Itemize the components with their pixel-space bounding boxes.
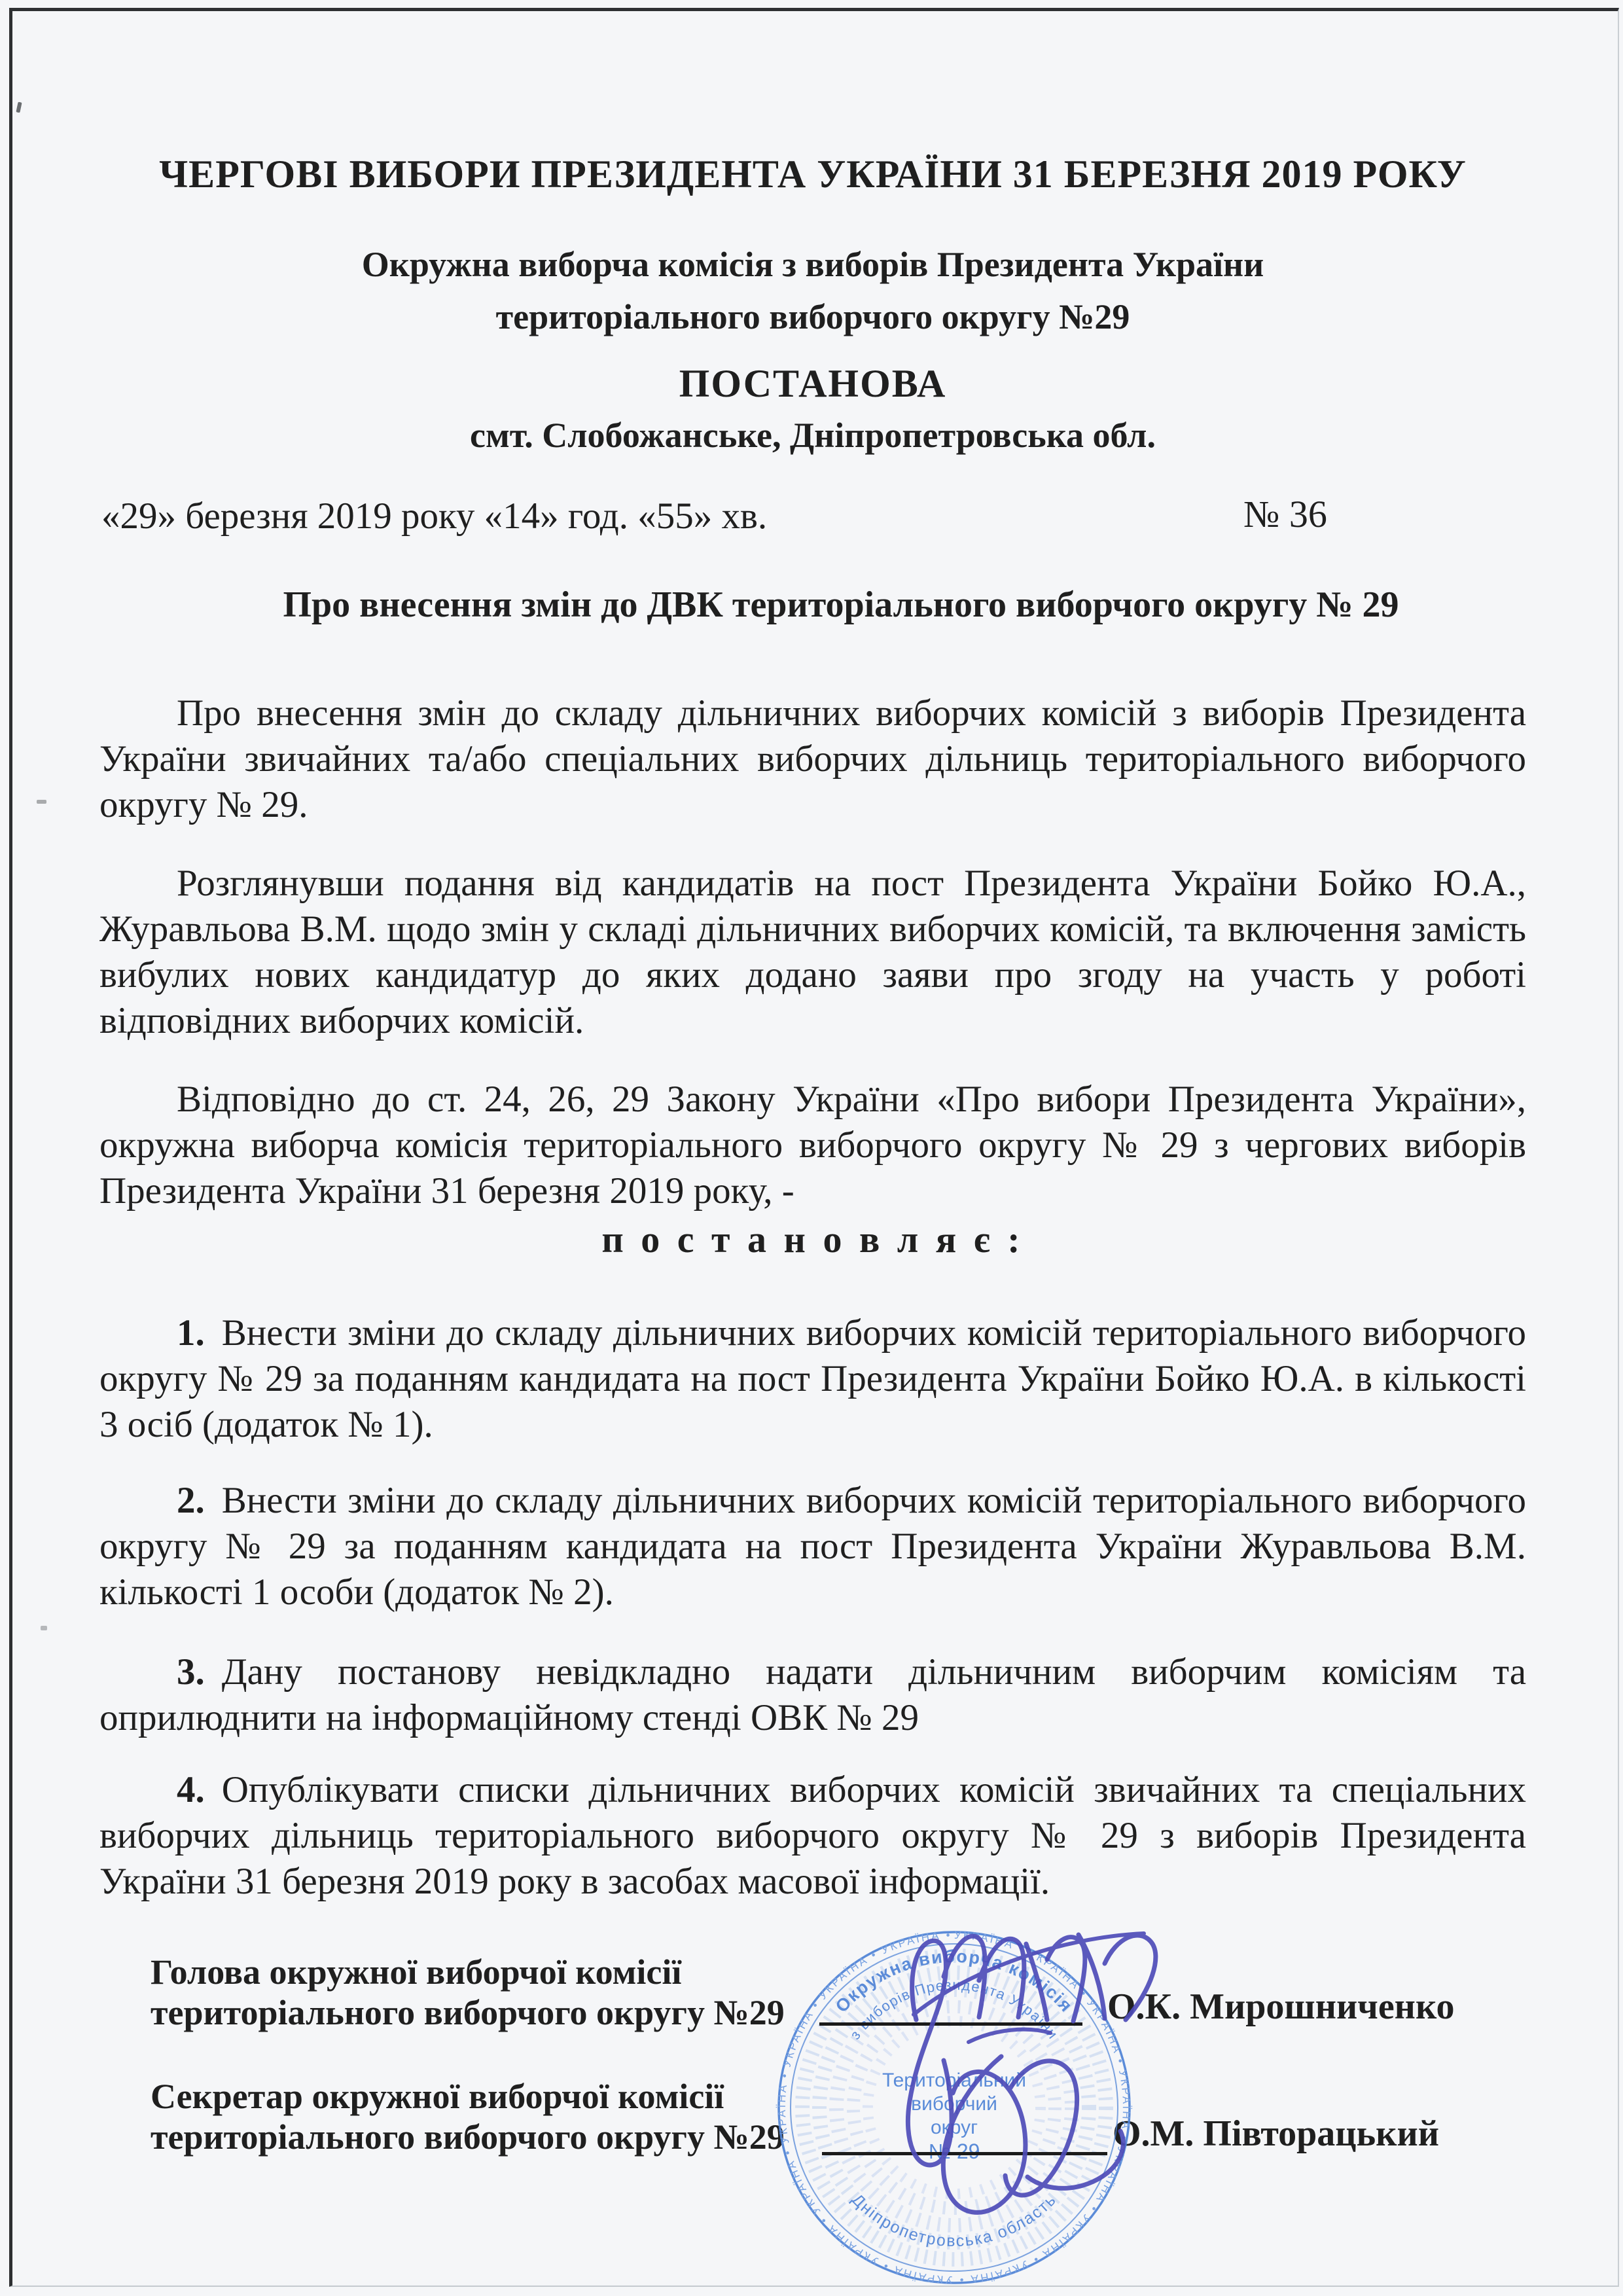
item-number: 2.	[177, 1480, 205, 1521]
signature-role-line: Голова окружної виборчої комісії	[151, 1952, 870, 1992]
svg-text:виборчий: виборчий	[911, 2093, 997, 2115]
item-number: 3.	[177, 1651, 205, 1693]
svg-text:Територіальний: Територіальний	[882, 2070, 1026, 2091]
scan-speck	[41, 1626, 47, 1630]
scan-speck	[16, 102, 22, 113]
signature-name-secretary: О.М. Півторацький	[1113, 2113, 1439, 2155]
resolution-item-4: 4.Опублікувати списки дільничних виборчи…	[99, 1767, 1526, 1905]
commission-name-line2: територіального виборчого округу №29	[99, 291, 1526, 343]
body-paragraph: Про внесення змін до складу дільничних в…	[99, 691, 1526, 828]
item-text: Внести зміни до складу дільничних виборч…	[99, 1480, 1526, 1613]
signature-role-line: територіального виборчого округу №29	[151, 2117, 870, 2157]
commission-name: Окружна виборча комісія з виборів Презид…	[99, 238, 1526, 343]
official-round-stamp: УКРАЇНА • УКРАЇНА • УКРАЇНА • УКРАЇНА • …	[772, 1926, 1136, 2289]
svg-text:№ 29: № 29	[929, 2140, 980, 2163]
document-subject: Про внесення змін до ДВК територіального…	[157, 584, 1525, 626]
item-text: Дану постанову невідкладно надати дільни…	[99, 1651, 1526, 1738]
item-text: Внести зміни до складу дільничних виборч…	[99, 1312, 1526, 1445]
resolves-label: п о с т а н о в л я є :	[99, 1217, 1526, 1261]
signature-role-line: Секретар окружної виборчої комісії	[151, 2076, 870, 2117]
document-place: смт. Слобожанське, Дніпропетровська обл.	[99, 415, 1526, 456]
resolution-item-1: 1.Внести зміни до складу дільничних вибо…	[99, 1310, 1526, 1448]
signature-line-head	[819, 2022, 1082, 2026]
svg-text:округ: округ	[931, 2117, 978, 2138]
commission-name-line1: Окружна виборча комісія з виборів Презид…	[99, 238, 1526, 291]
scan-speck	[37, 800, 46, 804]
item-number: 4.	[177, 1769, 205, 1810]
signature-name-head: О.К. Мирошниченко	[1107, 1986, 1454, 2028]
body-paragraph: Відповідно до ст. 24, 26, 29 Закону Укра…	[99, 1077, 1526, 1214]
resolution-item-3: 3.Дану постанову невідкладно надати діль…	[99, 1649, 1526, 1741]
body-paragraph: Розглянувши подання від кандидатів на по…	[99, 861, 1526, 1044]
scanned-resolution-page: ЧЕРГОВІ ВИБОРИ ПРЕЗИДЕНТА УКРАЇНИ 31 БЕР…	[0, 0, 1623, 2296]
document-number: № 36	[1243, 492, 1327, 536]
item-number: 1.	[177, 1312, 205, 1354]
item-text: Опублікувати списки дільничних виборчих …	[99, 1769, 1526, 1902]
signature-role-line: територіального виборчого округу №29	[151, 1992, 870, 2033]
resolution-item-2: 2.Внести зміни до складу дільничних вибо…	[99, 1478, 1526, 1615]
signature-role-head: Голова окружної виборчої комісії територ…	[151, 1952, 870, 2033]
election-header-title: ЧЕРГОВІ ВИБОРИ ПРЕЗИДЕНТА УКРАЇНИ 31 БЕР…	[99, 152, 1526, 197]
document-type: ПОСТАНОВА	[99, 361, 1526, 406]
signature-line-secretary	[822, 2152, 1107, 2155]
signature-role-secretary: Секретар окружної виборчої комісії терит…	[151, 2076, 870, 2157]
document-datetime: «29» березня 2019 року «14» год. «55» хв…	[101, 495, 767, 537]
